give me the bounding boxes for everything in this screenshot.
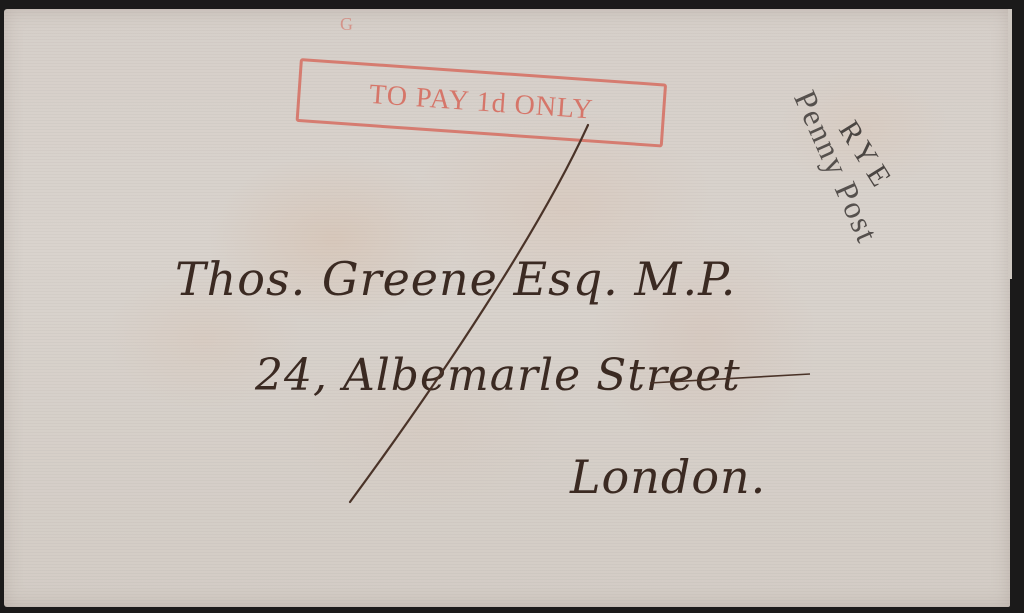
- diagonal-pen-stroke: [350, 125, 588, 502]
- street-underline-stroke: [650, 374, 810, 383]
- manuscript-strokes: [0, 0, 1024, 613]
